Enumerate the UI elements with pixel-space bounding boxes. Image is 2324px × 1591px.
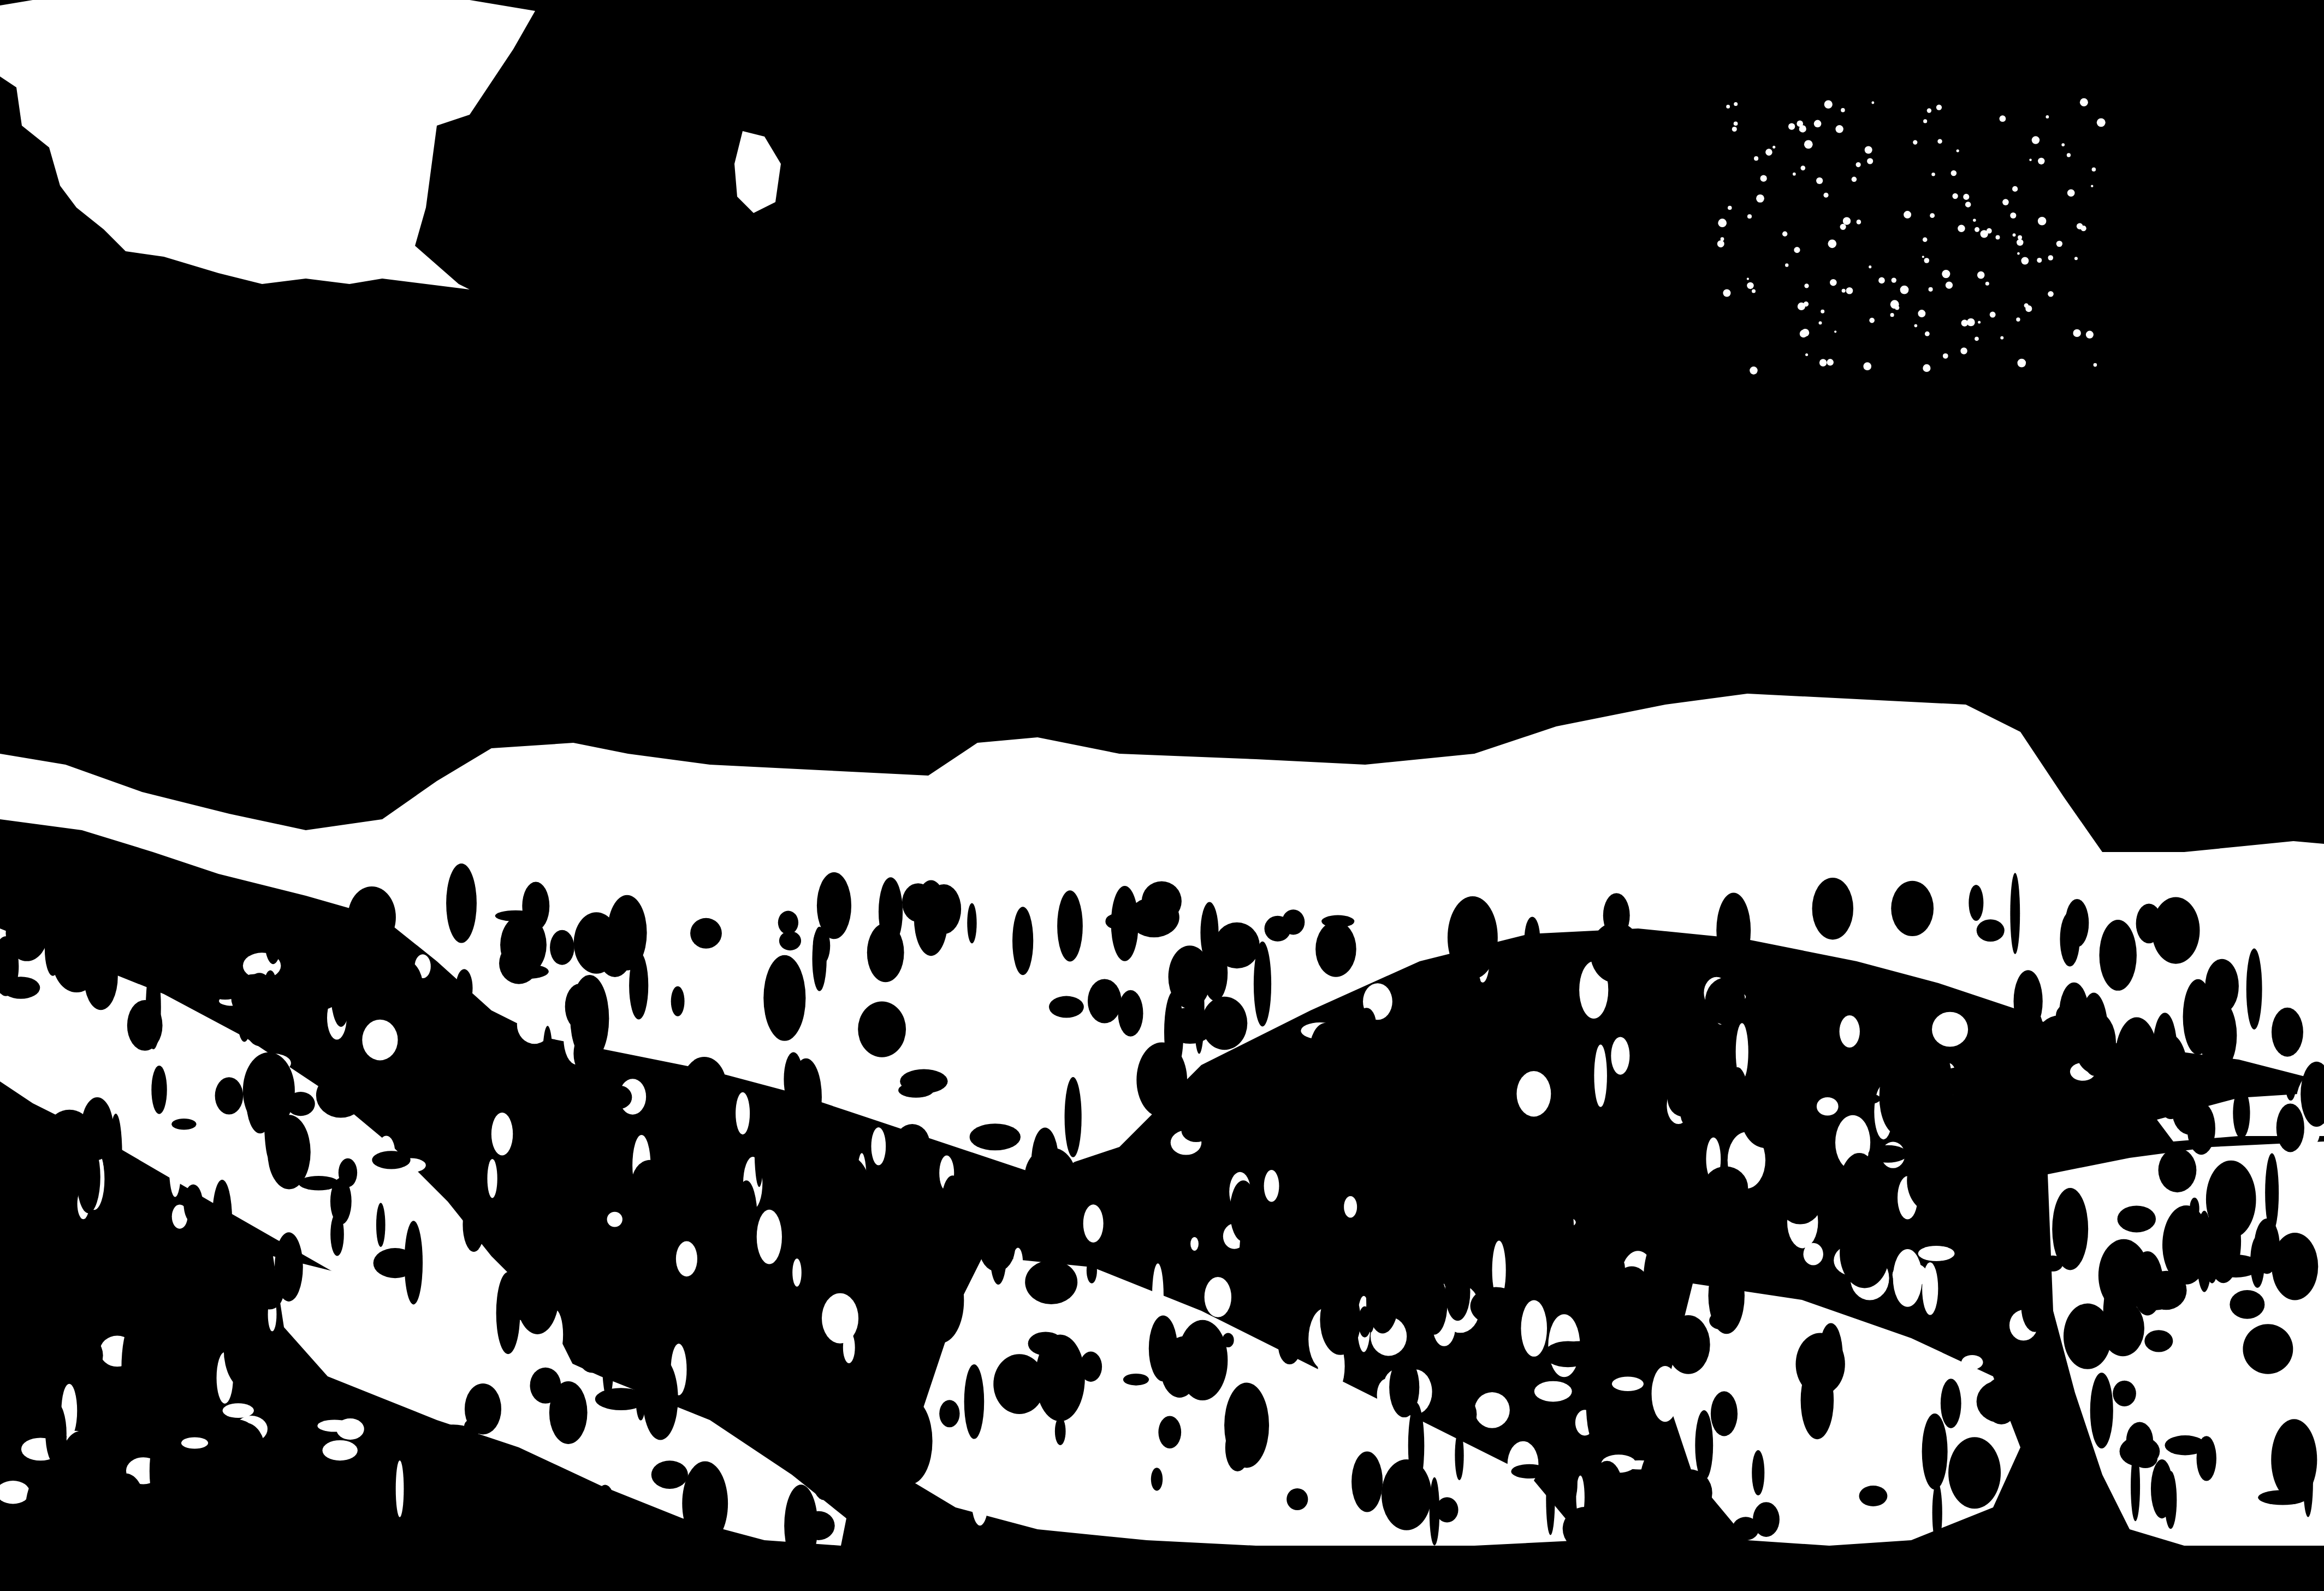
binary-mask-image — [0, 0, 2324, 1591]
